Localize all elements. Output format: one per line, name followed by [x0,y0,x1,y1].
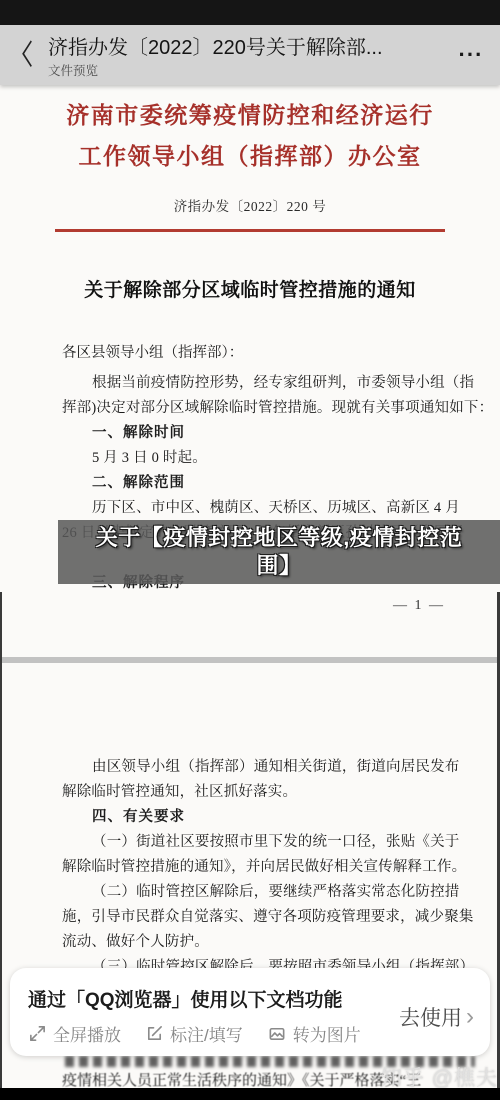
back-icon[interactable]: 〈 [6,25,39,85]
fullscreen-icon [28,1024,47,1043]
use-now-label: 去使用 [399,1002,462,1032]
convert-to-image-button[interactable]: 转为图片 [267,1021,361,1046]
doc-line: 解除临时管控措施的通知》，并向居民做好相关宣传解释工作。 [0,855,500,880]
red-divider-rule [55,229,445,232]
page2-body: 由区领导小组（指挥部）通知相关街道，街道向居民发布解除临时管控通知，社区抓好落实… [0,755,500,980]
org-name-line1: 济南市委统筹疫情防控和经济运行 [0,95,500,136]
preview-label: 文件预览 [48,61,442,79]
doc-line: 流动、做好个人防护。 [0,930,500,955]
fullscreen-play-button[interactable]: 全屏播放 [28,1021,121,1046]
org-name-line2: 工作领导小组（指挥部）办公室 [0,136,500,177]
doc-line: （二）临时管控区解除后，要继续严格落实常态化防控措 [0,880,500,905]
doc-number: 济指办发〔2022〕220 号 [0,195,500,215]
annotate-icon [145,1024,164,1043]
doc-salutation: 各区县领导小组（指挥部）： [0,341,500,362]
sheet-title: 通过「QQ浏览器」使用以下文档功能 [28,985,400,1012]
doc-line: 四、有关要求 [0,805,500,830]
appbar-titles: 济指办发〔2022〕220号关于解除部... 文件预览 [44,31,442,79]
photo-edge-left [0,592,2,1100]
doc-line: 历下区、市中区、槐荫区、天桥区、历城区、高新区 4 月 [0,496,500,521]
doc-line: （一）街道社区要按照市里下发的统一口径，张贴《关于 [0,830,500,855]
doc-line: 解除临时管控通知，社区抓好落实。 [0,780,500,805]
more-menu-icon[interactable]: ··· [442,29,500,81]
doc-line: 挥部)决定对部分区域解除临时管控措施。现就有关事项通知如下： [0,396,500,421]
action-label: 标注/填写 [170,1021,243,1046]
page-number: — 1 — [0,598,500,614]
doc-line: 根据当前疫情防控形势，经专家组研判，市委领导小组（指 [0,371,500,396]
action-label: 转为图片 [293,1021,361,1046]
doc-line: 5 月 3 日 0 时起。 [0,446,500,471]
zhihu-watermark: 知乎 @樵夫 [381,1062,498,1092]
doc-line: 一、解除时间 [0,421,500,446]
use-now-button[interactable]: 去使用 › [399,1002,474,1032]
doc-line: 施，引导市民群众自觉落实、遵守各项防疫管理要求，减少聚集 [0,905,500,930]
chevron-right-icon: › [466,1007,474,1027]
document-title: 济指办发〔2022〕220号关于解除部... [48,31,442,60]
action-label: 全屏播放 [53,1021,121,1046]
caption-overlay: 关于【疫情封控地区等级,疫情封控范围】 [58,520,500,584]
caption-text: 关于【疫情封控地区等级,疫情封控范围】 [58,524,500,580]
doc-heading: 关于解除部分区域临时管控措施的通知 [0,275,500,302]
status-strip [0,0,500,25]
qq-browser-bottom-sheet: 通过「QQ浏览器」使用以下文档功能 全屏播放 标注/填写 [10,968,490,1056]
file-preview-screen: 〈 济指办发〔2022〕220号关于解除部... 文件预览 ··· 济南市委统筹… [0,0,500,1100]
annotate-fill-button[interactable]: 标注/填写 [145,1021,243,1046]
page-gap [0,657,500,663]
doc-line: 由区领导小组（指挥部）通知相关街道，街道向居民发布 [0,755,500,780]
image-icon [267,1024,287,1043]
doc-line: 二、解除范围 [0,471,500,496]
app-bar: 〈 济指办发〔2022〕220号关于解除部... 文件预览 ··· [0,25,500,85]
